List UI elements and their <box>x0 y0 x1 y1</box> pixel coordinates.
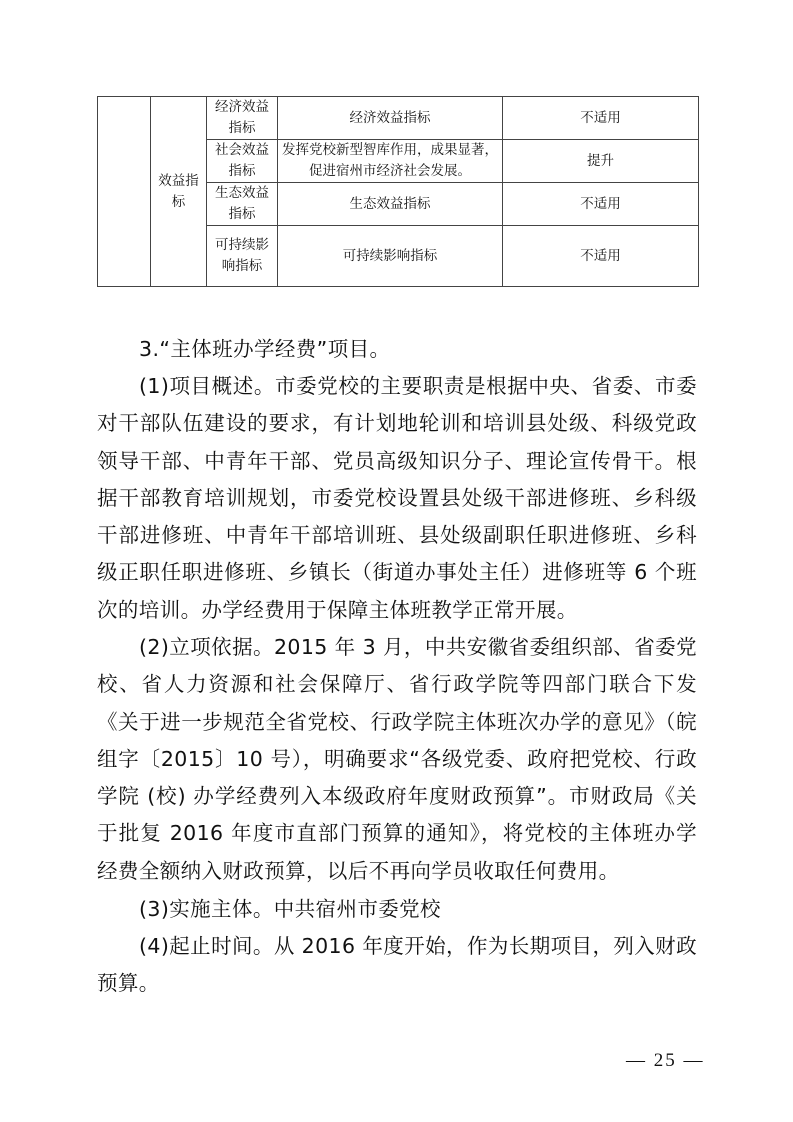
indicator-value-cell: 不适用 <box>503 226 699 287</box>
page-number: — 25 — <box>626 1050 705 1072</box>
table-row: 效益指标 经济效益指标 经济效益指标 不适用 <box>98 97 699 140</box>
sub-indicator-cell: 生态效益指标 <box>207 183 278 226</box>
paragraph-implementer: (3)实施主体。中共宿州市委党校 <box>97 891 697 928</box>
indicator-content-cell: 发挥党校新型智库作用，成果显著，促进宿州市经济社会发展。 <box>278 140 503 183</box>
group-label-cell: 效益指标 <box>151 97 207 287</box>
sub-indicator-cell: 社会效益指标 <box>207 140 278 183</box>
indicator-value-cell: 不适用 <box>503 97 699 140</box>
sub-indicator-cell: 可持续影响指标 <box>207 226 278 287</box>
section-heading: 3.“主体班办学经费”项目。 <box>97 331 697 368</box>
paragraph-overview: (1)项目概述。市委党校的主要职责是根据中央、省委、市委对干部队伍建设的要求，有… <box>97 368 697 629</box>
performance-indicator-table: 效益指标 经济效益指标 经济效益指标 不适用 社会效益指标 发挥党校新型智库作用… <box>97 96 699 287</box>
indicator-value-cell: 不适用 <box>503 183 699 226</box>
paragraph-period: (4)起止时间。从 2016 年度开始，作为长期项目，列入财政预算。 <box>97 928 697 1003</box>
paragraph-basis: (2)立项依据。2015 年 3 月，中共安徽省委组织部、省委党校、省人力资源和… <box>97 629 697 890</box>
indicator-content-cell: 可持续影响指标 <box>278 226 503 287</box>
empty-cell <box>98 97 151 287</box>
indicator-content-cell: 生态效益指标 <box>278 183 503 226</box>
indicator-value-cell: 提升 <box>503 140 699 183</box>
indicator-content-cell: 经济效益指标 <box>278 97 503 140</box>
sub-indicator-cell: 经济效益指标 <box>207 97 278 140</box>
